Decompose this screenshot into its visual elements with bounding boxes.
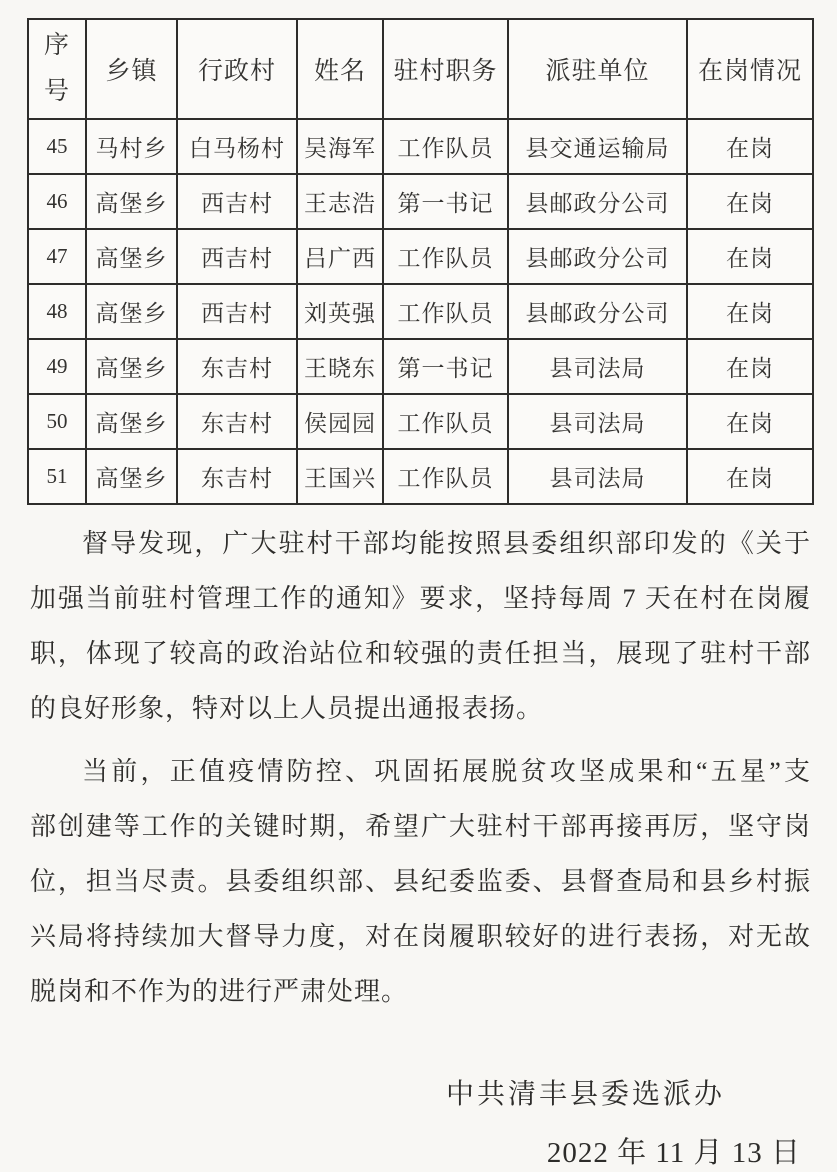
column-header-name: 姓名 xyxy=(297,19,383,119)
table-row: 45 马村乡 白马杨村 吴海军 工作队员 县交通运输局 在岗 xyxy=(28,119,813,174)
column-header-dispatch-unit: 派驻单位 xyxy=(508,19,687,119)
paragraph-commendation: 督导发现，广大驻村干部均能按照县委组织部印发的《关于 加强当前驻村管理工作的通知… xyxy=(30,516,811,736)
cell-serial: 45 xyxy=(28,119,86,174)
duty-roster-table: 序号 乡镇 行政村 姓名 驻村职务 派驻单位 在岗情况 45 马村乡 白马杨村 … xyxy=(27,18,814,505)
cell-duty-status: 在岗 xyxy=(687,449,813,504)
cell-position: 工作队员 xyxy=(383,284,508,339)
cell-duty-status: 在岗 xyxy=(687,119,813,174)
document-page: 序号 乡镇 行政村 姓名 驻村职务 派驻单位 在岗情况 45 马村乡 白马杨村 … xyxy=(0,0,837,1172)
cell-village: 西吉村 xyxy=(177,174,297,229)
cell-position: 工作队员 xyxy=(383,229,508,284)
cell-name: 吴海军 xyxy=(297,119,383,174)
cell-serial: 47 xyxy=(28,229,86,284)
cell-position: 第一书记 xyxy=(383,174,508,229)
cell-serial: 51 xyxy=(28,449,86,504)
cell-name: 吕广西 xyxy=(297,229,383,284)
table-row: 49 高堡乡 东吉村 王晓东 第一书记 县司法局 在岗 xyxy=(28,339,813,394)
text-line: 督导发现，广大驻村干部均能按照县委组织部印发的《关于 xyxy=(30,516,811,571)
cell-township: 高堡乡 xyxy=(86,229,177,284)
cell-township: 高堡乡 xyxy=(86,284,177,339)
cell-township: 高堡乡 xyxy=(86,339,177,394)
cell-dispatch-unit: 县司法局 xyxy=(508,394,687,449)
cell-village: 东吉村 xyxy=(177,339,297,394)
table-header-row: 序号 乡镇 行政村 姓名 驻村职务 派驻单位 在岗情况 xyxy=(28,19,813,119)
cell-village: 西吉村 xyxy=(177,229,297,284)
cell-dispatch-unit: 县司法局 xyxy=(508,449,687,504)
text-line: 职，体现了较高的政治站位和较强的责任担当，展现了驻村干部 xyxy=(30,626,811,681)
signature-date: 2022 年 11 月 13 日 xyxy=(547,1130,801,1171)
cell-duty-status: 在岗 xyxy=(687,229,813,284)
cell-serial: 49 xyxy=(28,339,86,394)
column-header-serial-label: 序号 xyxy=(43,23,72,116)
cell-village: 白马杨村 xyxy=(177,119,297,174)
cell-name: 侯园园 xyxy=(297,394,383,449)
cell-township: 高堡乡 xyxy=(86,174,177,229)
column-header-township: 乡镇 xyxy=(86,19,177,119)
text-line: 脱岗和不作为的进行严肃处理。 xyxy=(30,964,811,1019)
cell-village: 东吉村 xyxy=(177,394,297,449)
cell-name: 王志浩 xyxy=(297,174,383,229)
cell-name: 王晓东 xyxy=(297,339,383,394)
column-header-duty-status: 在岗情况 xyxy=(687,19,813,119)
body-text: 督导发现，广大驻村干部均能按照县委组织部印发的《关于 加强当前驻村管理工作的通知… xyxy=(30,516,811,1019)
cell-township: 高堡乡 xyxy=(86,394,177,449)
text-line: 的良好形象，特对以上人员提出通报表扬。 xyxy=(30,681,811,736)
text-line: 部创建等工作的关键时期，希望广大驻村干部再接再厉，坚守岗 xyxy=(30,799,811,854)
table-row: 46 高堡乡 西吉村 王志浩 第一书记 县邮政分公司 在岗 xyxy=(28,174,813,229)
cell-duty-status: 在岗 xyxy=(687,174,813,229)
text-line: 当前，正值疫情防控、巩固拓展脱贫攻坚成果和“五星”支 xyxy=(30,744,811,799)
cell-position: 工作队员 xyxy=(383,119,508,174)
signature-org: 中共清丰县委选派办 xyxy=(446,1072,725,1112)
cell-duty-status: 在岗 xyxy=(687,339,813,394)
cell-village: 西吉村 xyxy=(177,284,297,339)
cell-serial: 48 xyxy=(28,284,86,339)
cell-dispatch-unit: 县邮政分公司 xyxy=(508,174,687,229)
cell-duty-status: 在岗 xyxy=(687,284,813,339)
cell-township: 高堡乡 xyxy=(86,449,177,504)
table-row: 48 高堡乡 西吉村 刘英强 工作队员 县邮政分公司 在岗 xyxy=(28,284,813,339)
cell-duty-status: 在岗 xyxy=(687,394,813,449)
paragraph-expectation: 当前，正值疫情防控、巩固拓展脱贫攻坚成果和“五星”支 部创建等工作的关键时期，希… xyxy=(30,744,811,1019)
cell-dispatch-unit: 县邮政分公司 xyxy=(508,284,687,339)
cell-position: 工作队员 xyxy=(383,449,508,504)
column-header-village: 行政村 xyxy=(177,19,297,119)
cell-serial: 46 xyxy=(28,174,86,229)
cell-village: 东吉村 xyxy=(177,449,297,504)
cell-dispatch-unit: 县邮政分公司 xyxy=(508,229,687,284)
column-header-serial: 序号 xyxy=(28,19,86,119)
cell-position: 第一书记 xyxy=(383,339,508,394)
text-line: 兴局将持续加大督导力度，对在岗履职较好的进行表扬，对无故 xyxy=(30,909,811,964)
cell-name: 王国兴 xyxy=(297,449,383,504)
cell-township: 马村乡 xyxy=(86,119,177,174)
cell-dispatch-unit: 县司法局 xyxy=(508,339,687,394)
text-line: 加强当前驻村管理工作的通知》要求，坚持每周 7 天在村在岗履 xyxy=(30,571,811,626)
table-row: 51 高堡乡 东吉村 王国兴 工作队员 县司法局 在岗 xyxy=(28,449,813,504)
table-row: 47 高堡乡 西吉村 吕广西 工作队员 县邮政分公司 在岗 xyxy=(28,229,813,284)
text-line: 位，担当尽责。县委组织部、县纪委监委、县督查局和县乡村振 xyxy=(30,854,811,909)
cell-dispatch-unit: 县交通运输局 xyxy=(508,119,687,174)
table-row: 50 高堡乡 东吉村 侯园园 工作队员 县司法局 在岗 xyxy=(28,394,813,449)
cell-name: 刘英强 xyxy=(297,284,383,339)
column-header-position: 驻村职务 xyxy=(383,19,508,119)
cell-serial: 50 xyxy=(28,394,86,449)
cell-position: 工作队员 xyxy=(383,394,508,449)
